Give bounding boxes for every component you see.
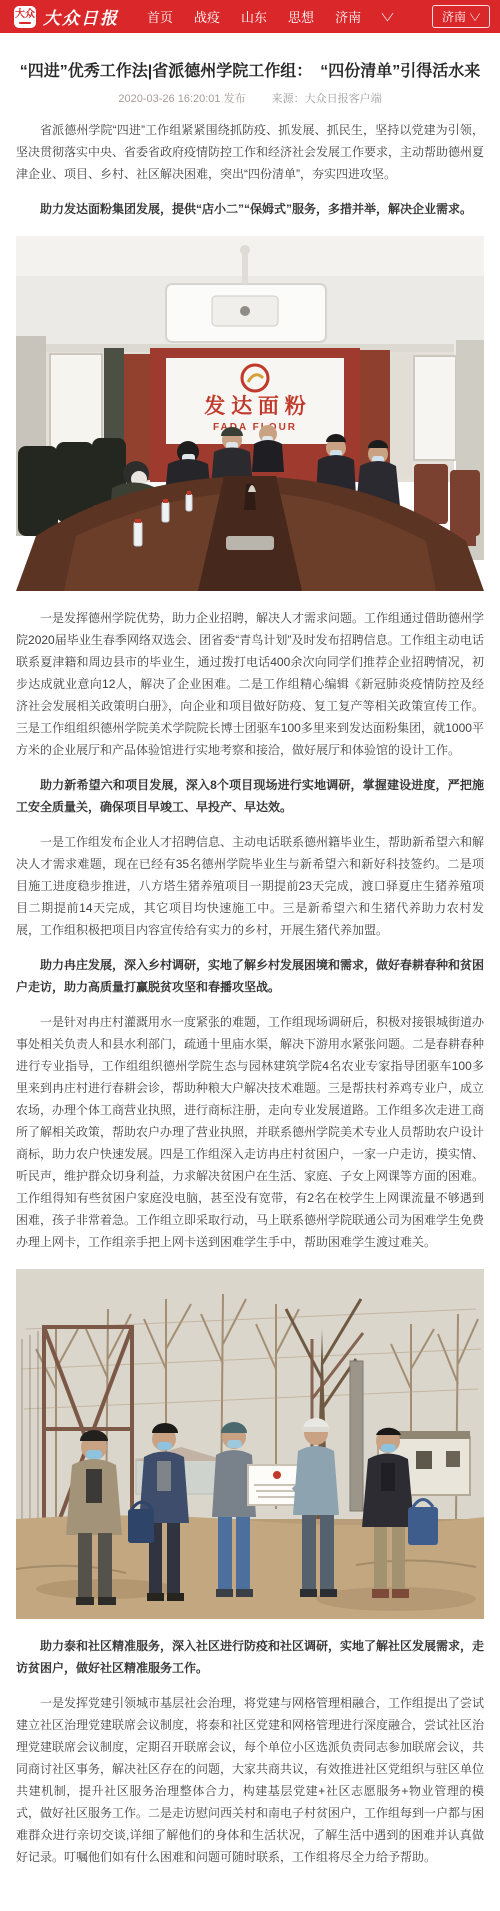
region-chevron-down-icon: ∨ (469, 9, 482, 24)
article-page: “四进”优秀工作法|省派德州学院工作组： “四份清单”引得活水来 2020-03… (0, 58, 500, 1911)
nav-item-epidemic[interactable]: 战疫 (194, 7, 220, 26)
nav-more-chevron-down-icon[interactable]: ∨ (380, 9, 395, 25)
article-meta: 2020-03-26 16:20:01 发布来源：大众日报客户端 (16, 90, 484, 106)
nav-item-home[interactable]: 首页 (147, 7, 173, 26)
section-lead-ranzhuang: 助力冉庄发展，深入乡村调研，实地了解乡村发展困境和需求，做好春耕春种和贫困户走访… (16, 954, 484, 998)
brand-name: 大众日报 (43, 4, 119, 29)
dazhong-app-icon: 大众 (14, 6, 36, 28)
nav-item-jinan[interactable]: 济南 (335, 7, 361, 26)
nav-item-thought[interactable]: 思想 (288, 7, 314, 26)
section-lead-taihe: 助力泰和社区精准服务，深入社区进行防疫和社区调研，实地了解社区发展需求，走访贫困… (16, 1635, 484, 1679)
article-title: “四进”优秀工作法|省派德州学院工作组： “四份清单”引得活水来 (16, 58, 484, 81)
village-group-illustration (16, 1269, 484, 1619)
section-lead-newhope: 助力新希望六和项目发展，深入8个项目现场进行实地调研，掌握建设进度，严把施工安全… (16, 774, 484, 818)
article-photo-village-group (16, 1269, 484, 1619)
region-selector-label: 济南 (442, 8, 466, 25)
paragraph-newhope-detail: 一是工作组发布企业人才招聘信息、主动电话联系德州籍毕业生，帮助新希望六和解决人才… (16, 831, 484, 941)
paragraph-fada-detail: 一是发挥德州学院优势，助力企业招聘，解决人才需求问题。工作组通过借助德州学院20… (16, 607, 484, 761)
paragraph-taihe-detail: 一是发挥党建引领城市基层社会治理，将党建与网格管理相融合，工作组提出了尝试建立社… (16, 1692, 484, 1868)
section-lead-fada: 助力发达面粉集团发展，提供“店小二”“保姆式”服务，多措并举，解决企业需求。 (16, 198, 484, 220)
app-badge-underline (19, 22, 31, 24)
region-selector-button[interactable]: 济南 ∨ (432, 5, 490, 28)
main-nav: 首页 战疫 山东 思想 济南 ∨ (147, 7, 432, 26)
top-navigation-bar: 大众 大众日报 首页 战疫 山东 思想 济南 ∨ 济南 ∨ (0, 0, 500, 33)
app-badge-glyph: 大众 (15, 10, 35, 20)
brand-logo[interactable]: 大众 大众日报 (14, 4, 119, 29)
article-photo-meeting-room: 发 达 面 粉 FADA FLOUR (16, 236, 484, 591)
paragraph-intro: 省派德州学院“四进”工作组紧紧围绕抓防疫、抓发展、抓民生，坚持以党建为引领，坚决… (16, 119, 484, 185)
publish-time: 2020-03-26 16:20:01 发布 (118, 93, 245, 105)
meeting-room-illustration: 发 达 面 粉 FADA FLOUR (16, 236, 484, 591)
nav-item-shandong[interactable]: 山东 (241, 7, 267, 26)
fada-logo-text: 发 达 面 粉 (204, 394, 306, 418)
article-source: 来源：大众日报客户端 (272, 93, 382, 105)
paragraph-ranzhuang-detail: 一是针对冉庄村灌溉用水一度紧张的难题，工作组现场调研后，积极对接银城街道办事处相… (16, 1011, 484, 1253)
